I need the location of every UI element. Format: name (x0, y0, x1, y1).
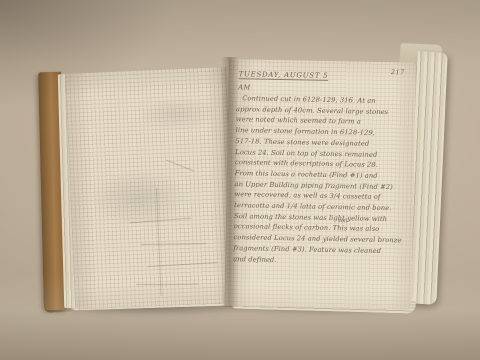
inserted-word: soil (338, 218, 348, 224)
entry-time-label: AM (238, 83, 250, 91)
page-shading (65, 67, 236, 310)
journal-entry-text: Continued cut in 6128-129, 316. At anapp… (233, 93, 412, 268)
entry-date-heading: TUESDAY, AUGUST 5 (239, 70, 329, 80)
notebook-photo: 217 TUESDAY, AUGUST 5 AM Continued cut i… (0, 0, 480, 360)
left-page (65, 67, 236, 310)
page-number: 217 (391, 68, 405, 76)
right-page: 217 TUESDAY, AUGUST 5 AM Continued cut i… (224, 59, 416, 310)
